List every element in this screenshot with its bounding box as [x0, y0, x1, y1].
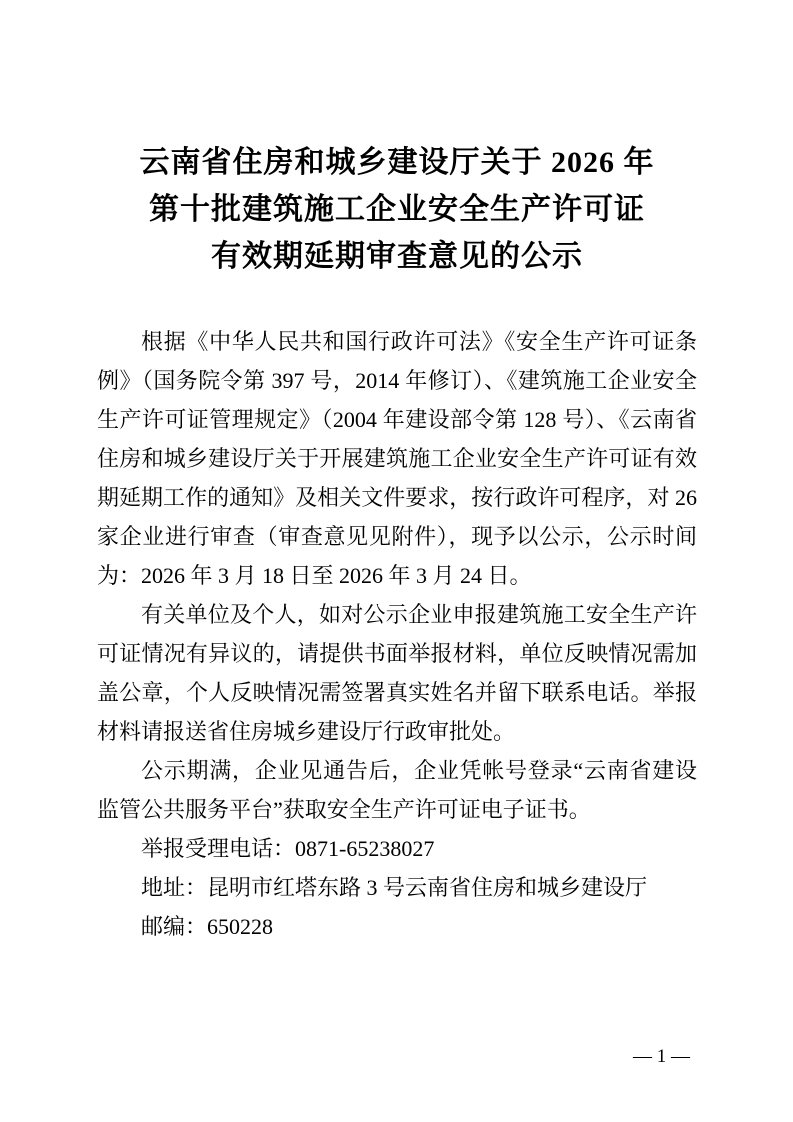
paragraph-legal-basis: 根据《中华人民共和国行政许可法》《安全生产许可证条例》（国务院令第 397 号，…	[97, 322, 697, 595]
title-line-1: 云南省住房和城乡建设厅关于 2026 年	[97, 139, 697, 186]
document-body: 根据《中华人民共和国行政许可法》《安全生产许可证条例》（国务院令第 397 号，…	[97, 322, 697, 946]
title-line-2: 第十批建筑施工企业安全生产许可证	[97, 186, 697, 233]
document-page: 云南省住房和城乡建设厅关于 2026 年 第十批建筑施工企业安全生产许可证 有效…	[0, 0, 793, 1122]
page-footer: — 1 —	[633, 1046, 690, 1068]
address-line: 地址：昆明市红塔东路 3 号云南省住房和城乡建设厅	[97, 868, 697, 907]
paragraph-objection-instructions: 有关单位及个人，如对公示企业申报建筑施工安全生产许可证情况有异议的，请提供书面举…	[97, 595, 697, 751]
document-title: 云南省住房和城乡建设厅关于 2026 年 第十批建筑施工企业安全生产许可证 有效…	[97, 139, 697, 280]
page-number: — 1 —	[633, 1046, 690, 1067]
paragraph-certificate-retrieval: 公示期满，企业见通告后，企业凭帐号登录“云南省建设监管公共服务平台”获取安全生产…	[97, 751, 697, 829]
report-phone-line: 举报受理电话：0871-65238027	[97, 829, 697, 868]
title-line-3: 有效期延期审查意见的公示	[97, 233, 697, 280]
postcode-line: 邮编：650228	[97, 907, 697, 946]
